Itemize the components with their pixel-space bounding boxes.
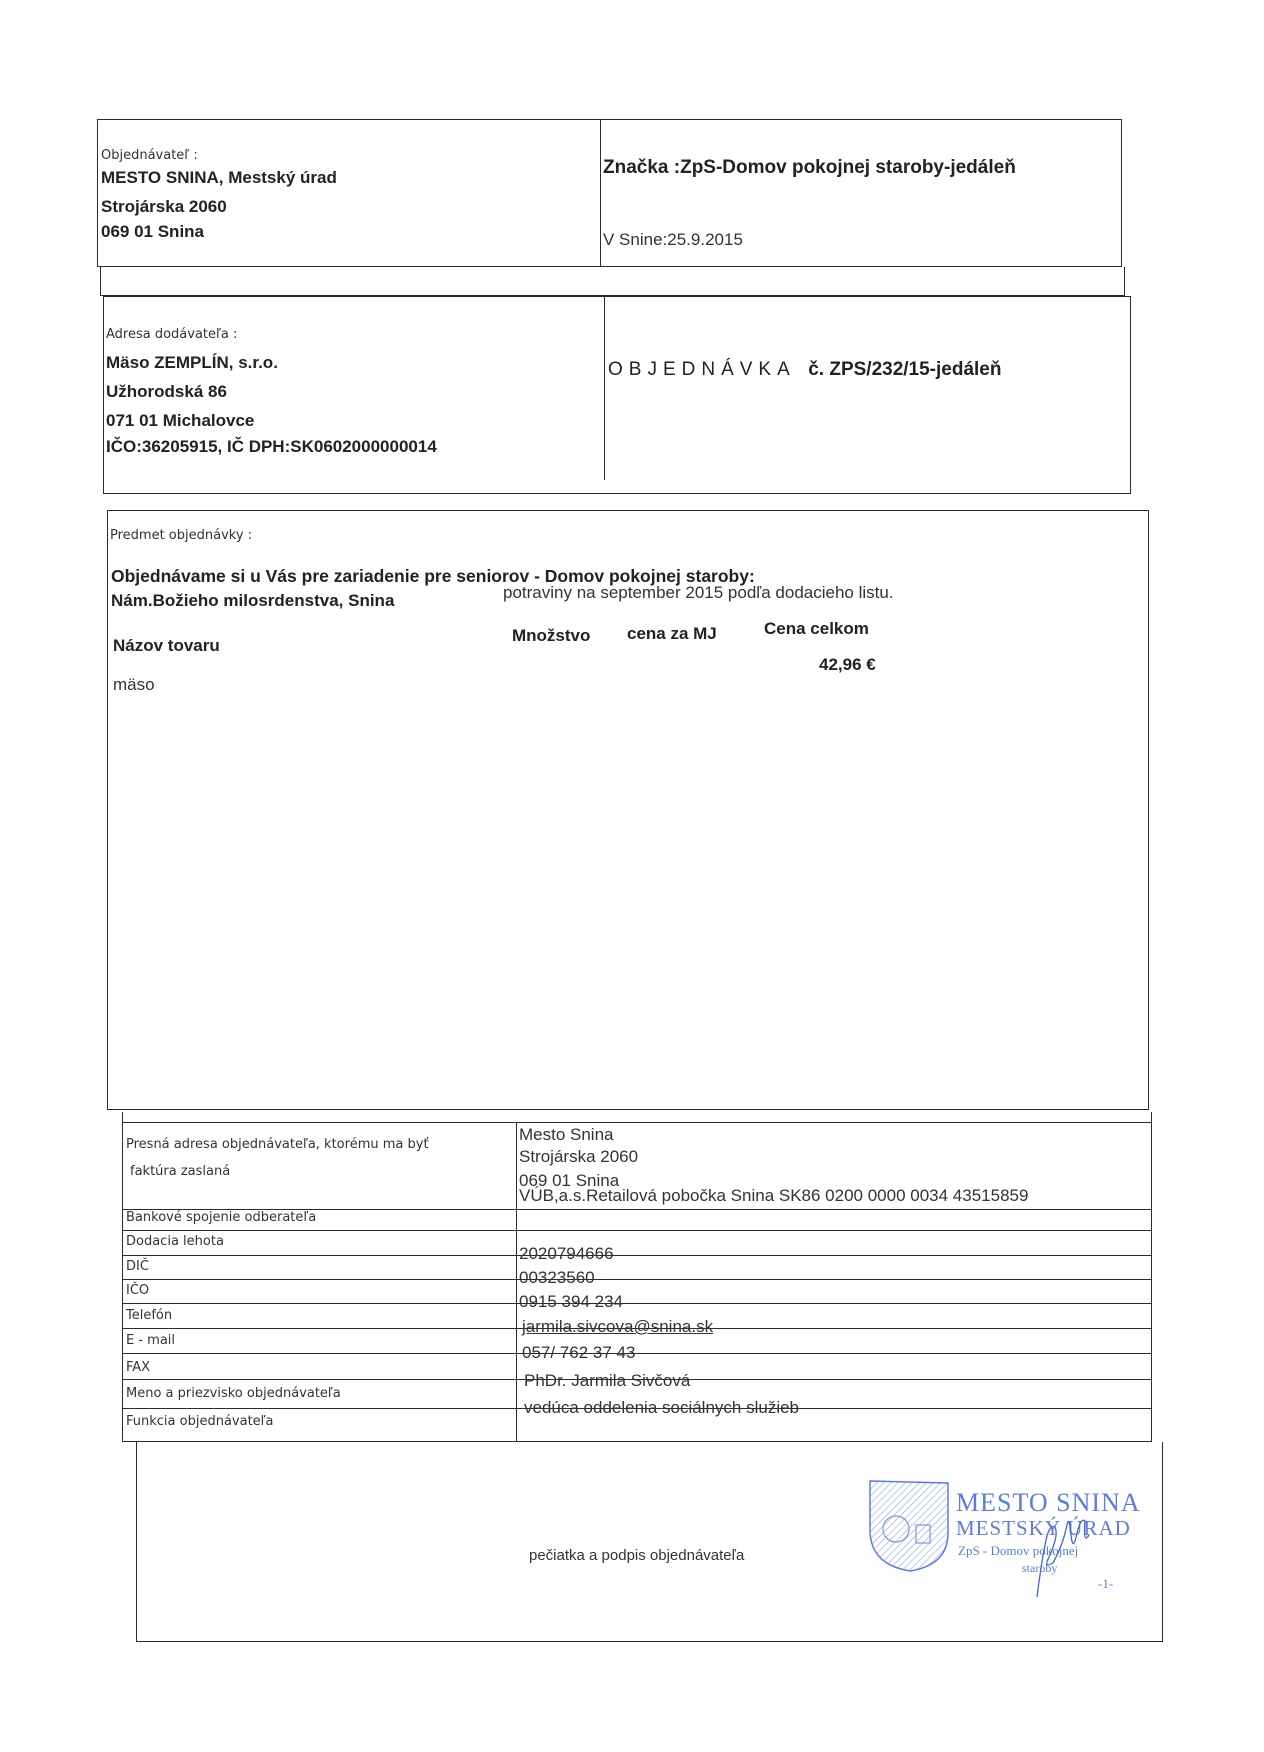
order-date: V Snine:25.9.2015 — [603, 230, 743, 250]
subject-line2-right: potraviny na september 2015 podľa dodaci… — [503, 583, 894, 603]
detail-value: vedúca oddelenia sociálnych služieb — [524, 1398, 799, 1418]
detail-label-cont: faktúra zaslaná — [130, 1164, 230, 1179]
detail-value: 0915 394 234 — [519, 1292, 623, 1312]
handwritten-signature-icon — [1015, 1505, 1115, 1605]
detail-label: Telefón — [126, 1308, 172, 1323]
detail-label: DIČ — [126, 1259, 149, 1274]
email-link[interactable]: jarmila.sivcova@snina.sk — [522, 1317, 713, 1337]
orderer-label: Objednávateľ : — [101, 148, 198, 163]
orderer-street: Strojárska 2060 — [101, 197, 227, 217]
detail-label: Funkcia objednávateľa — [126, 1414, 274, 1429]
col-quantity-header: Množstvo — [512, 626, 590, 646]
reference-tag: Značka :ZpS-Domov pokojnej staroby-jedál… — [603, 157, 1016, 179]
detail-value: 057/ 762 37 43 — [522, 1343, 635, 1363]
detail-value: 00323560 — [519, 1268, 595, 1288]
detail-label: Bankové spojenie odberateľa — [126, 1210, 316, 1225]
detail-value: VÚB,a.s.Retailová pobočka Snina SK86 020… — [519, 1186, 1028, 1206]
detail-label: Presná adresa objednávateľa, ktorému ma … — [126, 1137, 429, 1152]
order-title-word: OBJEDNÁVKA — [608, 359, 796, 380]
detail-label: IČO — [126, 1283, 149, 1298]
detail-label: FAX — [126, 1360, 150, 1375]
order-title: OBJEDNÁVKA č. ZPS/232/15-jedáleň — [608, 359, 1001, 381]
coat-of-arms-icon — [868, 1477, 950, 1573]
spacer-row — [100, 267, 1125, 296]
orderer-city: 069 01 Snina — [101, 222, 204, 242]
order-document: Objednávateľ : MESTO SNINA, Mestský úrad… — [0, 0, 1264, 1752]
detail-value: Mesto Snina — [519, 1125, 614, 1145]
detail-label: Dodacia lehota — [126, 1234, 224, 1249]
row-item: mäso — [113, 675, 155, 695]
supplier-name: Mäso ZEMPLÍN, s.r.o. — [106, 353, 278, 373]
supplier-ids: IČO:36205915, IČ DPH:SK0602000000014 — [106, 437, 437, 457]
signature-box — [136, 1442, 1163, 1642]
orderer-name: MESTO SNINA, Mestský úrad — [101, 168, 337, 188]
supplier-box — [103, 296, 1131, 494]
details-divider — [516, 1122, 517, 1442]
supplier-city: 071 01 Michalovce — [106, 411, 254, 431]
col-total-header: Cena celkom — [764, 619, 869, 639]
subject-line2-left: Nám.Božieho milosrdenstva, Snina — [111, 591, 394, 611]
signature-label: pečiatka a podpis objednávateľa — [529, 1547, 744, 1564]
supplier-label: Adresa dodávateľa : — [106, 327, 237, 342]
supplier-street: Užhorodská 86 — [106, 382, 227, 402]
subject-label: Predmet objednávky : — [110, 528, 252, 543]
col-item-header: Názov tovaru — [113, 636, 220, 656]
detail-value: 2020794666 — [519, 1244, 614, 1264]
detail-label: Meno a priezvisko objednávateľa — [126, 1386, 341, 1401]
detail-value: PhDr. Jarmila Sivčová — [524, 1371, 690, 1391]
row-total: 42,96 € — [819, 655, 876, 675]
col-unit-price-header: cena za MJ — [627, 624, 717, 644]
order-number: č. ZPS/232/15-jedáleň — [808, 359, 1001, 380]
header-divider — [600, 119, 601, 267]
detail-value-street: Strojárska 2060 — [519, 1147, 638, 1167]
detail-label: E - mail — [126, 1333, 175, 1348]
supplier-divider — [604, 296, 605, 480]
